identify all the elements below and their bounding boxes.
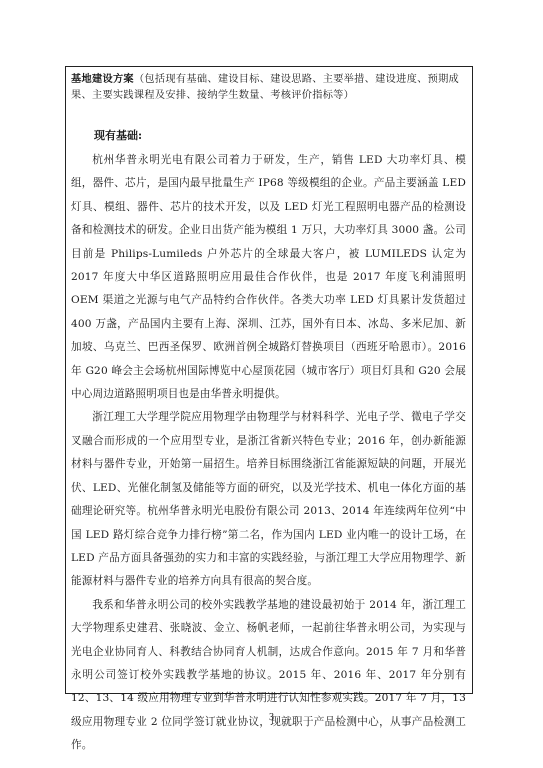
document-body: 杭州华普永明光电有限公司着力于研发，生产，销售 LED 大功率灯具、模组，器件、…	[71, 149, 466, 758]
page-number: 3	[0, 712, 543, 723]
form-table-cell: 基地建设方案（包括现有基础、建设目标、建设思路、主要举措、建设进度、预期成果、主…	[65, 66, 473, 694]
section-title: 现有基础:	[94, 127, 142, 143]
paragraph-cooperation: 我系和华普永明公司的校外实践教学基地的建设最初始于 2014 年，浙江理工大学物…	[71, 594, 466, 758]
form-field-header: 基地建设方案（包括现有基础、建设目标、建设思路、主要举措、建设进度、预期成果、主…	[71, 71, 467, 104]
field-label: 基地建设方案	[71, 73, 134, 85]
paragraph-company: 杭州华普永明光电有限公司着力于研发，生产，销售 LED 大功率灯具、模组，器件、…	[71, 149, 466, 406]
paragraph-university: 浙江理工大学理学院应用物理学由物理学与材料科学、光电子学、微电子学交叉融合而形成…	[71, 406, 466, 593]
